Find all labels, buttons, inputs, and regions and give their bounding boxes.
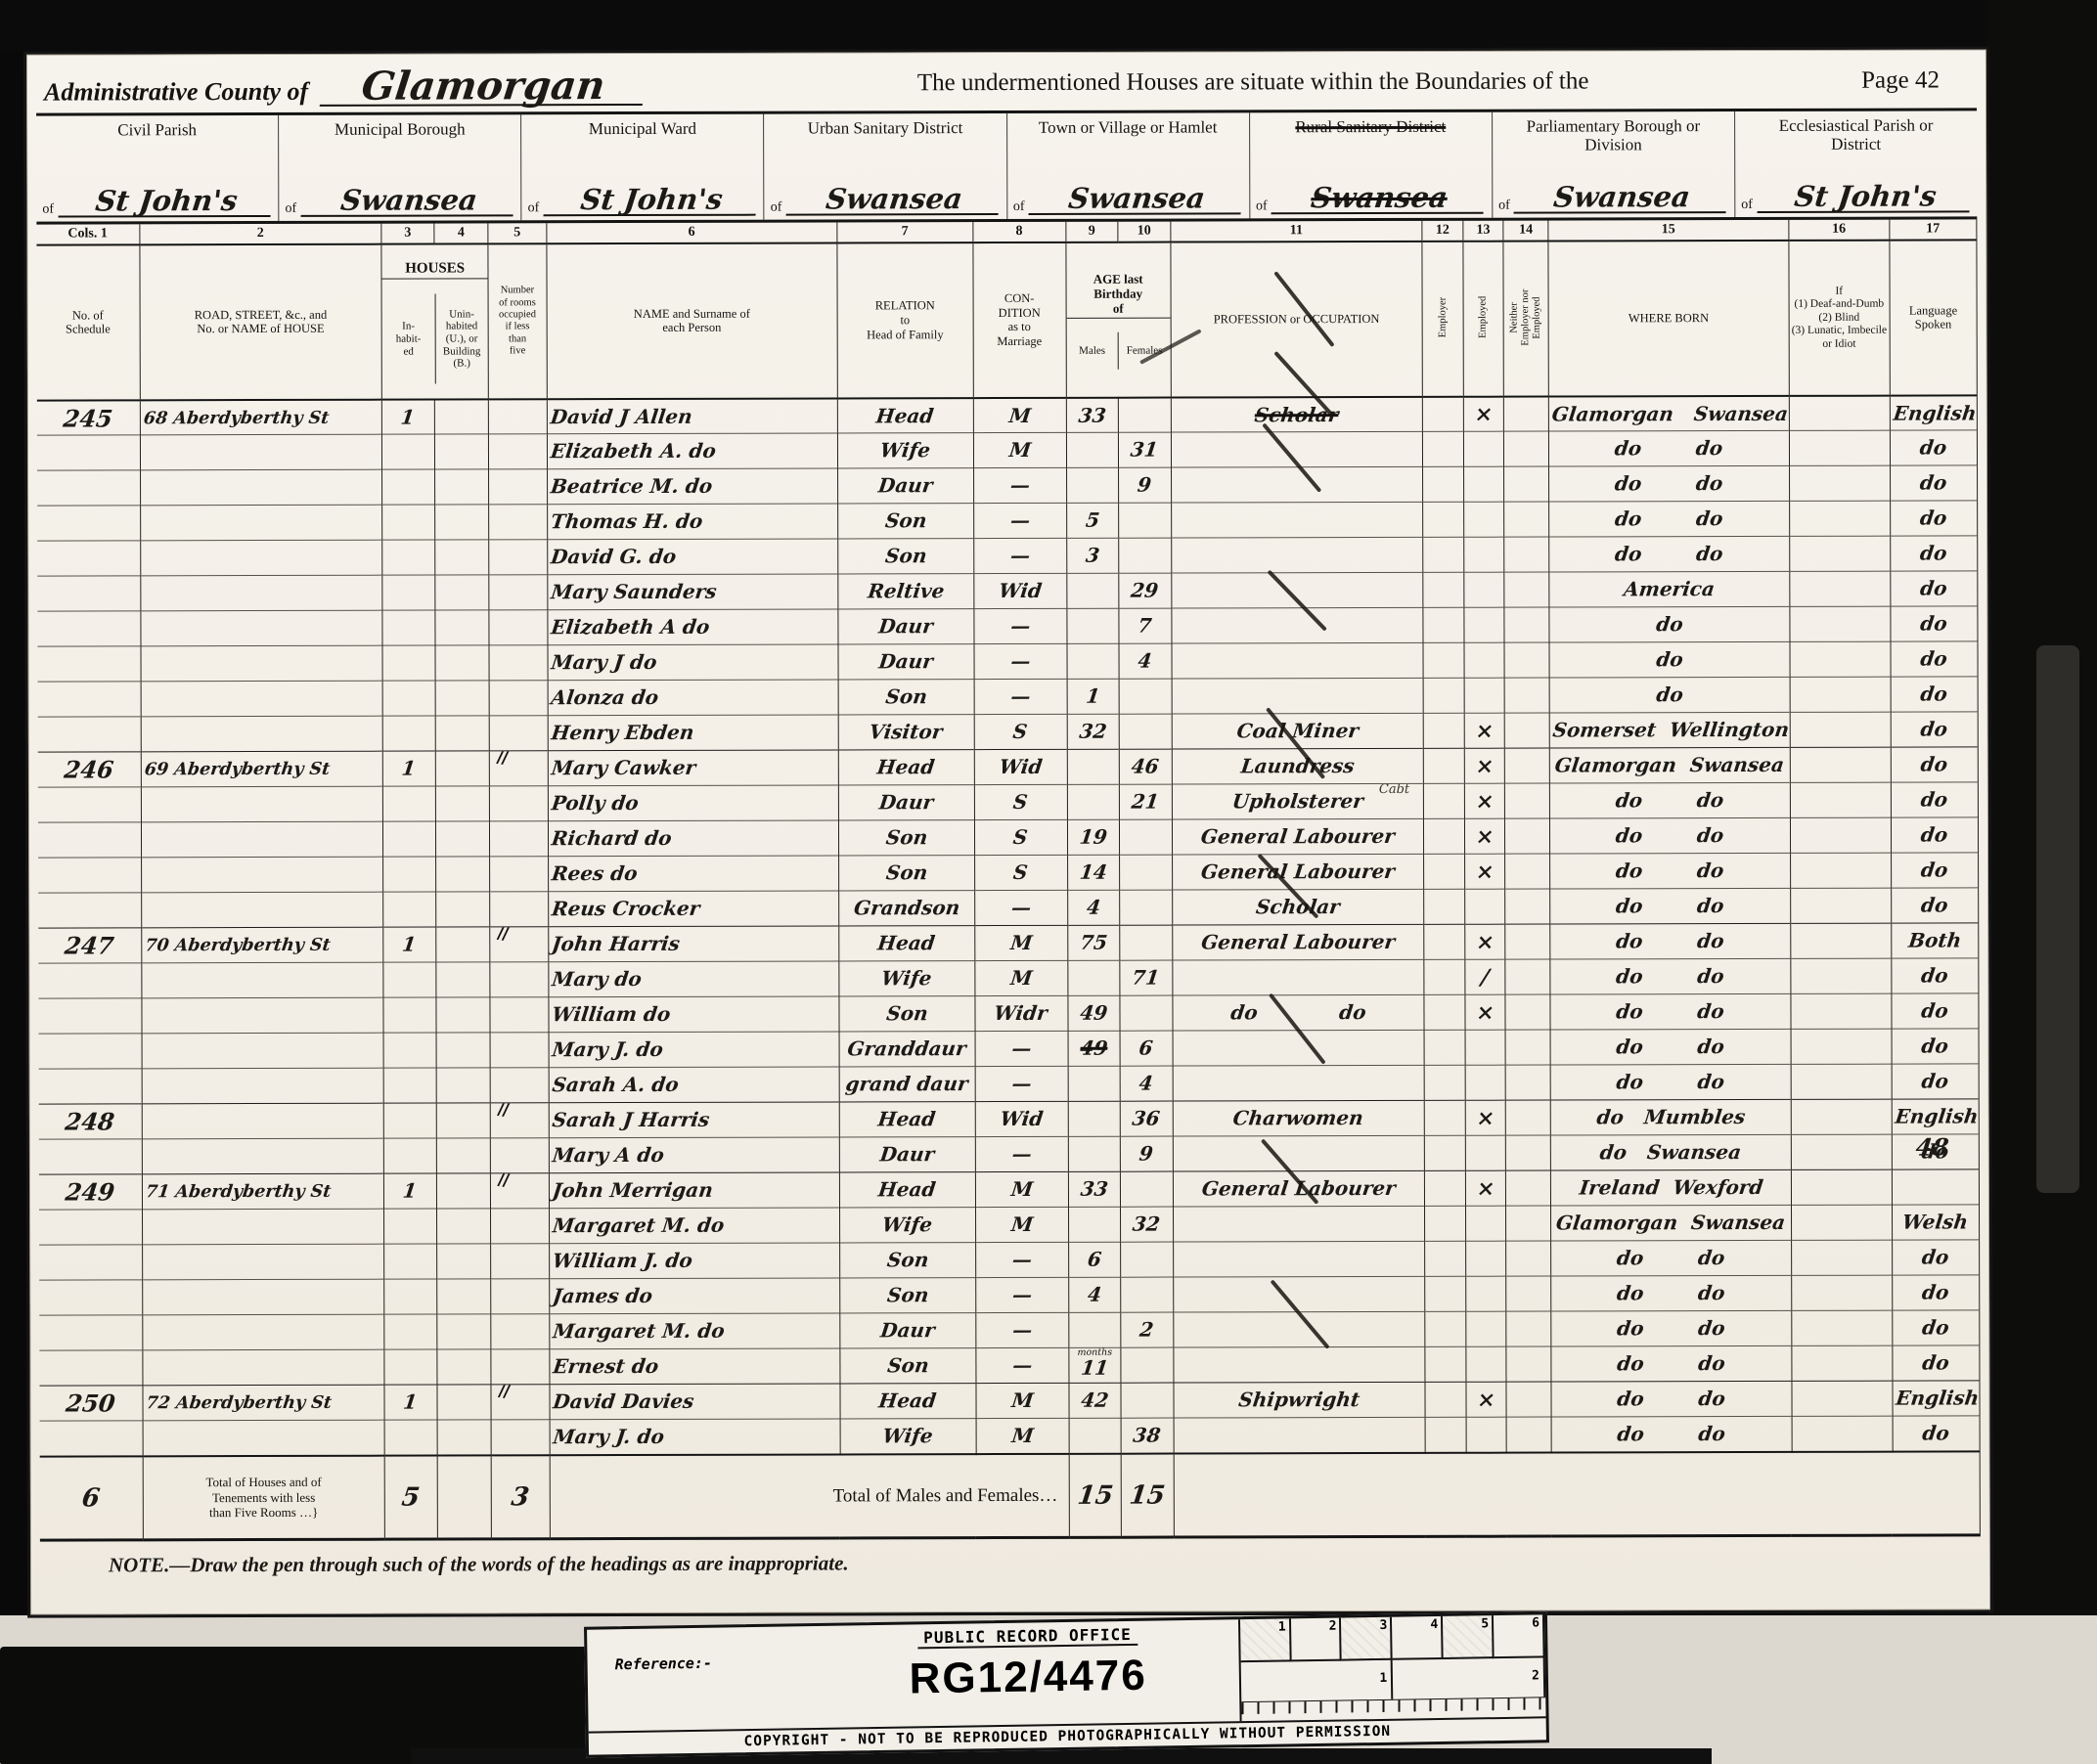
cell-employed: × bbox=[1465, 995, 1506, 1031]
cell-occupation bbox=[1171, 503, 1423, 539]
col-number: 14 bbox=[1503, 221, 1548, 242]
cell-address bbox=[141, 682, 383, 718]
col-number: Cols. 1 bbox=[36, 224, 139, 244]
cell-name: Richard do bbox=[548, 820, 838, 857]
cell-infirmity bbox=[1790, 572, 1891, 607]
cell-rooms bbox=[490, 997, 549, 1033]
cell-infirmity bbox=[1790, 678, 1891, 713]
cell-employed bbox=[1464, 573, 1505, 608]
cell-language: English bbox=[1892, 1099, 1979, 1134]
cell-name: Mary J. do bbox=[549, 1032, 839, 1068]
cell-employer bbox=[1424, 1066, 1465, 1101]
cell-neither bbox=[1506, 1135, 1551, 1170]
cell-where-born: Glamorgan Swansea bbox=[1549, 748, 1790, 784]
table-row: Thomas H. doSon—5do dodo bbox=[37, 501, 1978, 541]
cell-name: John Merrigan bbox=[549, 1172, 839, 1209]
cell-relation: Grandson bbox=[838, 891, 974, 926]
cell-relation: Head bbox=[839, 926, 975, 961]
cell-infirmity bbox=[1791, 1065, 1892, 1100]
cell-inhabited bbox=[383, 857, 436, 892]
cell-name: Reus Crocker bbox=[548, 891, 838, 927]
cell-address bbox=[140, 506, 382, 542]
cell-neither bbox=[1505, 854, 1550, 889]
cell-condition: M bbox=[973, 398, 1066, 433]
ruler-cm-cell: 4 bbox=[1392, 1616, 1444, 1660]
table-row: Ernest doSon—months11do dodo bbox=[39, 1345, 1980, 1386]
district-box: Parliamentary Borough or DivisionofSwans… bbox=[1493, 111, 1735, 218]
cell-age-female: 32 bbox=[1121, 1207, 1174, 1242]
cell-inhabited bbox=[382, 505, 435, 540]
cell-relation: Reltive bbox=[838, 574, 974, 609]
header-inhabited: In- habit- ed bbox=[382, 294, 436, 384]
cell-uninhabited bbox=[435, 821, 490, 857]
cell-inhabited bbox=[384, 1349, 437, 1385]
cell-age-female: 31 bbox=[1119, 433, 1172, 468]
cell-employed bbox=[1465, 1031, 1506, 1066]
totals-row: 6 Total of Houses and of Tenements with … bbox=[40, 1451, 1981, 1540]
cell-where-born: do do bbox=[1550, 1030, 1791, 1066]
cell-relation: Daur bbox=[838, 644, 974, 680]
cell-uninhabited bbox=[436, 1103, 491, 1138]
header-schedule: No. of Schedule bbox=[36, 244, 139, 400]
cell-rooms bbox=[490, 786, 549, 821]
cell-employer bbox=[1424, 749, 1465, 784]
cell-condition: Widr bbox=[974, 996, 1067, 1032]
cell-employer bbox=[1423, 397, 1464, 432]
cell-employer bbox=[1423, 503, 1464, 538]
cell-where-born: do bbox=[1549, 607, 1790, 643]
cell-rooms bbox=[489, 505, 548, 540]
cell-schedule bbox=[38, 646, 141, 682]
cell-rooms bbox=[489, 681, 548, 716]
district-box: Municipal BoroughofSwansea bbox=[279, 114, 521, 221]
cell-inhabited: 1 bbox=[383, 927, 436, 962]
cell-occupation bbox=[1173, 1312, 1425, 1348]
cell-neither bbox=[1507, 1417, 1552, 1452]
cell-name: Elizabeth A do bbox=[548, 609, 838, 645]
cell-age-female: 9 bbox=[1120, 1136, 1173, 1171]
cell-infirmity bbox=[1792, 1346, 1893, 1382]
cell-where-born: Glamorgan Swansea bbox=[1548, 396, 1789, 432]
cell-relation: Wife bbox=[839, 1208, 975, 1243]
cell-uninhabited bbox=[436, 1314, 491, 1349]
cell-condition: — bbox=[974, 891, 1067, 926]
cell-relation: Head bbox=[839, 1102, 975, 1137]
ruler-cm-cell: 6 bbox=[1494, 1614, 1545, 1658]
cell-language: Both bbox=[1891, 923, 1978, 958]
cell-address bbox=[142, 1350, 384, 1387]
cell-where-born: do do bbox=[1550, 854, 1791, 890]
table-row: James doSon—4do dodo bbox=[39, 1275, 1980, 1315]
cell-employed: × bbox=[1465, 1171, 1506, 1207]
district-box: Urban Sanitary DistrictofSwansea bbox=[764, 113, 1006, 220]
cell-infirmity bbox=[1790, 748, 1891, 783]
cell-condition: M bbox=[974, 961, 1067, 996]
cell-language: do bbox=[1891, 677, 1978, 712]
cell-age-male bbox=[1066, 468, 1119, 504]
total-rooms: 3 bbox=[510, 1482, 531, 1512]
cell-rooms bbox=[491, 1209, 550, 1244]
cell-rooms bbox=[489, 645, 548, 681]
header-age: AGE last Birthday of bbox=[1066, 270, 1170, 318]
cell-schedule bbox=[38, 858, 141, 893]
cell-name: William do bbox=[549, 996, 839, 1033]
cell-inhabited: 1 bbox=[384, 1173, 437, 1209]
cell-age-female bbox=[1121, 1383, 1174, 1418]
cell-infirmity bbox=[1791, 959, 1892, 994]
cell-condition: — bbox=[974, 680, 1067, 715]
cell-schedule: 248 bbox=[39, 1104, 142, 1139]
cell-neither bbox=[1504, 431, 1549, 466]
ruler-inch-cell: 2 bbox=[1393, 1657, 1545, 1698]
cell-uninhabited bbox=[436, 1244, 491, 1279]
cell-where-born: do do bbox=[1549, 818, 1790, 855]
cell-address bbox=[143, 1421, 385, 1457]
cell-employed bbox=[1464, 608, 1505, 643]
cell-occupation bbox=[1174, 1418, 1426, 1454]
total-males: 15 bbox=[1076, 1480, 1115, 1510]
cell-age-female: 38 bbox=[1121, 1418, 1174, 1453]
cell-name: Sarah A. do bbox=[549, 1067, 839, 1103]
table-row: Margaret M. doWifeM32Glamorgan SwanseaWe… bbox=[39, 1205, 1980, 1245]
cell-inhabited bbox=[382, 716, 435, 751]
admin-county-value: Glamorgan bbox=[320, 68, 647, 107]
table-row: David G. doSon—3do dodo bbox=[37, 536, 1978, 576]
of-label: of bbox=[1013, 199, 1025, 215]
cell-address bbox=[140, 611, 382, 647]
cell-employed bbox=[1464, 890, 1505, 925]
reference-label: Reference:- bbox=[614, 1654, 712, 1674]
cell-condition: — bbox=[973, 609, 1066, 644]
cell-age-male bbox=[1068, 1102, 1121, 1137]
cell-neither bbox=[1505, 783, 1550, 818]
cell-infirmity bbox=[1792, 1311, 1893, 1346]
cell-age-male: 5 bbox=[1066, 504, 1119, 539]
cell-where-born: do do bbox=[1551, 1346, 1792, 1383]
cell-where-born: do Swansea bbox=[1550, 1135, 1791, 1171]
cell-language: do bbox=[1891, 606, 1978, 641]
cell-schedule bbox=[38, 893, 141, 928]
cell-address bbox=[142, 1210, 384, 1246]
cell-where-born: do do bbox=[1551, 1311, 1792, 1347]
cell-employed bbox=[1466, 1347, 1507, 1383]
admin-county-label: Administrative County of bbox=[44, 77, 308, 108]
cell-schedule bbox=[39, 1210, 142, 1245]
cell-age-male: months11 bbox=[1069, 1348, 1122, 1384]
cell-occupation bbox=[1173, 1031, 1425, 1067]
cell-relation: Son bbox=[839, 996, 975, 1032]
cell-condition: S bbox=[974, 820, 1067, 856]
cell-relation: Visitor bbox=[838, 715, 974, 750]
cell-occupation bbox=[1171, 467, 1423, 504]
cell-neither bbox=[1505, 713, 1550, 748]
cell-occupation: General Labourer bbox=[1173, 1171, 1425, 1208]
cell-condition: — bbox=[973, 504, 1066, 539]
header-uninhabited: Unin- habited (U.), or Building (B.) bbox=[435, 294, 488, 384]
cell-age-female bbox=[1121, 1347, 1174, 1383]
cell-employer bbox=[1425, 1312, 1466, 1347]
cell-occupation bbox=[1172, 608, 1424, 644]
cell-schedule bbox=[38, 717, 141, 752]
cell-schedule: 245 bbox=[37, 400, 140, 435]
cell-uninhabited bbox=[436, 1068, 491, 1103]
cell-inhabited bbox=[382, 434, 435, 469]
header-road: ROAD, STREET, &c., and No. or NAME of HO… bbox=[139, 244, 381, 401]
cell-age-female: 71 bbox=[1120, 960, 1173, 995]
cell-uninhabited bbox=[436, 1173, 491, 1209]
situate-text: The undermentioned Houses are situate wi… bbox=[658, 67, 1848, 106]
cell-schedule bbox=[37, 541, 140, 576]
cell-infirmity bbox=[1791, 1206, 1892, 1241]
cell-employer bbox=[1423, 714, 1464, 749]
cell-relation: Daur bbox=[840, 1313, 976, 1348]
cell-uninhabited bbox=[436, 1209, 491, 1244]
district-value: St John's bbox=[58, 187, 274, 218]
cell-employer bbox=[1425, 1136, 1466, 1171]
cell-uninhabited bbox=[435, 716, 490, 751]
cell-occupation bbox=[1173, 1242, 1425, 1278]
header-houses: HOUSES bbox=[382, 259, 488, 280]
cell-language: do bbox=[1890, 465, 1977, 501]
cell-where-born: Somerset Wellington bbox=[1549, 713, 1790, 749]
cell-condition: — bbox=[975, 1348, 1068, 1384]
archive-stamp: Reference:- PUBLIC RECORD OFFICE RG12/44… bbox=[584, 1611, 1549, 1757]
cell-neither bbox=[1506, 1065, 1551, 1100]
cell-occupation: Scholar bbox=[1171, 397, 1423, 433]
cell-inhabited bbox=[384, 1314, 437, 1349]
margin-scribble: 48 bbox=[1914, 1132, 1950, 1161]
cell-employed: × bbox=[1465, 1101, 1506, 1136]
cell-age-female bbox=[1120, 855, 1173, 890]
cell-employer bbox=[1424, 819, 1465, 855]
ruler-in: 12 bbox=[1240, 1657, 1545, 1701]
cell-relation: Son bbox=[840, 1348, 976, 1384]
cell-where-born: do do bbox=[1551, 1417, 1792, 1453]
cell-employer bbox=[1425, 1207, 1466, 1242]
cell-language: do bbox=[1891, 571, 1978, 606]
cell-employed bbox=[1466, 1418, 1507, 1453]
cell-neither bbox=[1506, 1206, 1551, 1241]
cell-employed bbox=[1465, 1207, 1506, 1242]
cell-age-male: 4 bbox=[1068, 1278, 1121, 1313]
cell-schedule bbox=[37, 611, 140, 646]
header-language: Language Spoken bbox=[1890, 240, 1978, 395]
cell-language: do bbox=[1891, 782, 1978, 817]
cell-rooms bbox=[490, 1103, 549, 1138]
cell-name: Thomas H. do bbox=[547, 504, 837, 540]
cell-language: do bbox=[1891, 641, 1978, 677]
district-value: Swansea bbox=[785, 185, 1002, 216]
cell-infirmity bbox=[1790, 642, 1891, 678]
cell-where-born: America bbox=[1549, 572, 1790, 608]
cell-occupation: General Labourer bbox=[1172, 819, 1424, 856]
cell-uninhabited bbox=[435, 857, 490, 892]
cell-inhabited bbox=[384, 1244, 437, 1279]
cell-rooms bbox=[491, 1279, 550, 1314]
ruler-cm-cell: 5 bbox=[1443, 1615, 1495, 1659]
cell-occupation: do do bbox=[1173, 995, 1425, 1032]
cell-age-female bbox=[1119, 539, 1172, 574]
cell-occupation bbox=[1172, 960, 1424, 996]
cell-where-born: Glamorgan Swansea bbox=[1551, 1206, 1792, 1242]
table-row: 24971 Aberdyberthy St1John MerriganHeadM… bbox=[39, 1169, 1980, 1210]
district-value: St John's bbox=[543, 186, 759, 217]
ruler-cm-cell: 2 bbox=[1291, 1618, 1343, 1662]
cell-schedule bbox=[37, 470, 140, 506]
cell-address bbox=[140, 576, 382, 612]
cell-age-female bbox=[1118, 398, 1171, 433]
district-value: Swansea bbox=[1514, 183, 1730, 214]
cell-condition: — bbox=[975, 1313, 1068, 1348]
of-label: of bbox=[42, 202, 54, 218]
cell-language: do bbox=[1891, 817, 1978, 853]
cell-age-male bbox=[1067, 750, 1120, 785]
cell-relation: Son bbox=[840, 1278, 976, 1313]
cell-condition: — bbox=[974, 644, 1067, 680]
cell-age-male: 33 bbox=[1066, 398, 1119, 433]
cell-infirmity bbox=[1790, 854, 1891, 889]
cell-uninhabited bbox=[435, 645, 490, 681]
cell-where-born: do do bbox=[1549, 466, 1790, 503]
cell-infirmity bbox=[1789, 502, 1890, 537]
district-label: Municipal Borough bbox=[283, 120, 516, 139]
cell-age-male: 49 bbox=[1068, 996, 1121, 1032]
cell-name: Ernest do bbox=[549, 1348, 839, 1385]
cell-employer bbox=[1423, 608, 1464, 643]
cell-neither bbox=[1506, 1241, 1551, 1276]
cell-relation: Head bbox=[838, 750, 974, 785]
cell-employer bbox=[1424, 1101, 1465, 1136]
cell-relation: Son bbox=[839, 1243, 975, 1278]
cell-rooms bbox=[490, 1033, 549, 1068]
ruler-cm-cell: 1 bbox=[1240, 1618, 1292, 1662]
cell-neither bbox=[1505, 678, 1550, 713]
cell-occupation: Shipwright bbox=[1174, 1383, 1426, 1419]
cell-inhabited: 1 bbox=[382, 399, 435, 434]
cell-employed: × bbox=[1464, 784, 1505, 819]
footnote: NOTE.—Draw the pen through such of the w… bbox=[40, 1537, 1981, 1578]
census-form: Administrative County of Glamorgan The u… bbox=[23, 46, 1993, 1617]
cell-name: John Harris bbox=[548, 926, 838, 962]
cell-uninhabited bbox=[434, 469, 489, 505]
cell-address bbox=[142, 1104, 384, 1140]
cell-age-female: 21 bbox=[1120, 785, 1173, 820]
cell-occupation: Charwomen bbox=[1173, 1101, 1425, 1137]
col-number: 5 bbox=[488, 223, 546, 243]
cell-employer bbox=[1424, 960, 1465, 995]
cell-occupation bbox=[1173, 1277, 1425, 1313]
cell-address bbox=[142, 1280, 384, 1316]
census-table: Cols. 1 2 3 4 5 6 7 8 9 10 11 12 13 14 1… bbox=[36, 219, 1981, 1542]
cell-infirmity bbox=[1790, 889, 1891, 924]
scan-edge-grain bbox=[2036, 645, 2079, 1193]
cell-address: 72 Aberdyberthy St bbox=[142, 1386, 384, 1422]
cell-employer bbox=[1423, 538, 1464, 573]
cell-uninhabited bbox=[435, 892, 490, 927]
cell-language: do bbox=[1891, 747, 1978, 782]
cell-name: Mary do bbox=[548, 961, 838, 997]
cell-name: Henry Ebden bbox=[548, 715, 838, 751]
cell-employer bbox=[1424, 855, 1465, 890]
cell-age-male: 42 bbox=[1069, 1384, 1122, 1419]
district-label: Town or Village or Hamlet bbox=[1011, 118, 1245, 137]
district-value: St John's bbox=[1757, 182, 1973, 213]
col-number: 6 bbox=[546, 222, 836, 243]
cell-employer bbox=[1425, 1347, 1466, 1383]
table-row: Mary doWifeM71/do dodo bbox=[38, 958, 1979, 998]
table-row: 248Sarah J HarrisHeadWid36Charwomen×do M… bbox=[39, 1099, 1980, 1139]
cell-employed bbox=[1463, 467, 1504, 503]
cell-address bbox=[142, 1315, 384, 1351]
cell-name: Alonza do bbox=[548, 680, 838, 716]
col-number: 8 bbox=[972, 222, 1065, 243]
cell-language: do bbox=[1892, 993, 1979, 1029]
cell-employed bbox=[1466, 1312, 1507, 1347]
cell-relation: Wife bbox=[840, 1419, 976, 1454]
page-number: Page 42 bbox=[1861, 66, 1969, 102]
cell-inhabited bbox=[384, 1420, 437, 1455]
cell-relation: Wife bbox=[839, 961, 975, 996]
cell-condition: Wid bbox=[974, 750, 1067, 785]
cell-condition: S bbox=[974, 856, 1067, 891]
cell-neither bbox=[1504, 572, 1549, 607]
cell-age-male: 14 bbox=[1067, 856, 1120, 891]
col-number: 15 bbox=[1548, 220, 1789, 242]
ruler-cm: 123456 bbox=[1240, 1614, 1545, 1662]
cell-schedule bbox=[39, 1069, 142, 1104]
cell-infirmity bbox=[1791, 1241, 1892, 1276]
cell-neither bbox=[1506, 1311, 1551, 1346]
cell-relation: Daur bbox=[837, 468, 973, 504]
cell-rooms bbox=[490, 892, 549, 927]
cell-schedule bbox=[39, 1034, 142, 1069]
cell-age-male: 3 bbox=[1066, 539, 1119, 574]
cell-address bbox=[142, 1245, 384, 1281]
header-age-group: AGE last Birthday of Males Females bbox=[1066, 243, 1171, 398]
cell-uninhabited bbox=[435, 786, 490, 821]
cell-where-born: do do bbox=[1549, 537, 1790, 573]
cell-name: Mary A do bbox=[549, 1137, 839, 1173]
cell-language: do bbox=[1893, 1310, 1980, 1345]
cell-employed bbox=[1463, 432, 1504, 467]
cell-uninhabited bbox=[436, 997, 491, 1033]
header-infirmity: If (1) Deaf-and-Dumb (2) Blind (3) Lunat… bbox=[1789, 241, 1890, 396]
district-value: Swansea bbox=[300, 186, 516, 217]
cell-where-born: do do bbox=[1550, 959, 1791, 995]
cell-neither bbox=[1506, 1382, 1551, 1417]
table-row: Polly doDaurS21UpholstererCabt×do dodo bbox=[38, 782, 1979, 822]
cell-schedule bbox=[38, 998, 141, 1034]
cell-name: Mary J do bbox=[548, 644, 838, 681]
cell-neither bbox=[1506, 1100, 1551, 1135]
cell-rooms bbox=[489, 540, 548, 575]
cell-relation: Son bbox=[837, 504, 973, 539]
cell-address bbox=[141, 998, 383, 1035]
cell-condition: — bbox=[975, 1067, 1068, 1102]
table-row: 24770 Aberdyberthy St1John HarrisHeadM75… bbox=[38, 923, 1979, 963]
cell-age-male bbox=[1067, 961, 1120, 996]
cell-language: do bbox=[1892, 1275, 1979, 1310]
form-header-row: Administrative County of Glamorgan The u… bbox=[36, 55, 1977, 112]
cell-employer bbox=[1424, 995, 1465, 1031]
cell-occupation bbox=[1171, 573, 1423, 609]
cell-occupation bbox=[1173, 1066, 1425, 1102]
cell-employed: × bbox=[1465, 925, 1506, 960]
table-row: Mary J doDaur—4dodo bbox=[38, 641, 1979, 682]
table-row: William J. doSon—6do dodo bbox=[39, 1240, 1980, 1280]
cell-employer bbox=[1423, 643, 1464, 679]
cell-address: 69 Aberdyberthy St bbox=[141, 752, 383, 788]
